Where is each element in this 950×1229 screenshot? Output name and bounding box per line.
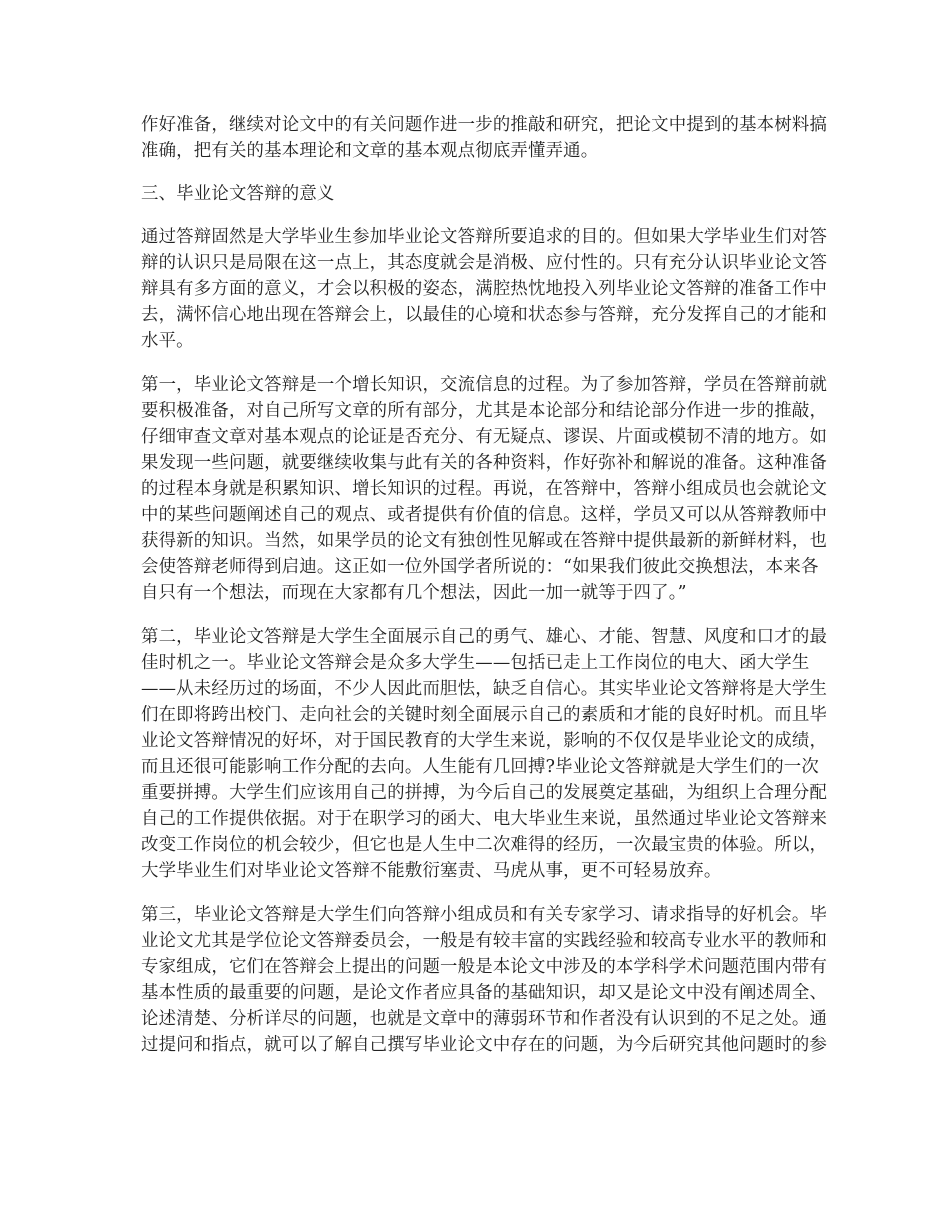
text-line: 作好准备，继续对论文中的有关问题作进一步的推敲和研究，把论文中提到的基本树料搞	[141, 112, 807, 138]
heading-text: 三、毕业论文答辩的意义	[141, 181, 807, 207]
text-line: 通过答辩固然是大学毕业生参加毕业论文答辩所要追求的目的。但如果大学毕业生们对答	[141, 224, 807, 250]
text-line: 重要拼搏。大学生们应该用自己的拼搏，为今后自己的发展奠定基础，为组织上合理分配	[141, 780, 807, 806]
text-line: 第三，毕业论文答辩是大学生们向答辩小组成员和有关专家学习、请求指导的好机会。毕	[141, 902, 807, 928]
text-line: 论述清楚、分析详尽的问题，也就是文章中的薄弱环节和作者没有认识到的不足之处。通	[141, 1006, 807, 1032]
text-line: 大学毕业生们对毕业论文答辩不能敷衍塞责、马虎从事，更不可轻易放弃。	[141, 858, 807, 884]
text-line: 自只有一个想法，而现在大家都有几个想法，因此一加一就等于四了。”	[141, 580, 807, 606]
text-line: ——从未经历过的场面，不少人因此而胆怯，缺乏自信心。其实毕业论文答辩将是大学生	[141, 676, 807, 702]
text-line: 改变工作岗位的机会较少，但它也是人生中二次难得的经历，一次最宝贵的体验。所以，	[141, 832, 807, 858]
text-line: 过提问和指点，就可以了解自己撰写毕业论文中存在的问题，为今后研究其他问题时的参	[141, 1032, 807, 1058]
text-line: 而且还很可能影响工作分配的去向。人生能有几回搏?毕业论文答辩就是大学生们的一次	[141, 754, 807, 780]
text-line: 去，满怀信心地出现在答辩会上，以最佳的心境和状态参与答辩，充分发挥自己的才能和	[141, 302, 807, 328]
text-line: 水平。	[141, 328, 807, 354]
text-line: 业论文尤其是学位论文答辩委员会，一般是有较丰富的实践经验和较高专业水平的教师和	[141, 928, 807, 954]
text-line: 要积极准备，对自己所写文章的所有部分，尤其是本论部分和结论部分作进一步的推敲，	[141, 398, 807, 424]
text-line: 业论文答辩情况的好坏，对于国民教育的大学生来说，影响的不仅仅是毕业论文的成绩，	[141, 728, 807, 754]
text-line: 获得新的知识。当然，如果学员的论文有独创性见解或在答辩中提供最新的新鲜材料，也	[141, 528, 807, 554]
text-line: 专家组成，它们在答辩会上提出的问题一般是本论文中涉及的本学科学术问题范围内带有	[141, 954, 807, 980]
text-line: 会使答辩老师得到启迪。这正如一位外国学者所说的：“如果我们彼此交换想法，本来各	[141, 554, 807, 580]
text-line: 第二，毕业论文答辩是大学生全面展示自己的勇气、雄心、才能、智慧、风度和口才的最	[141, 624, 807, 650]
paragraph-intro: 通过答辩固然是大学毕业生参加毕业论文答辩所要追求的目的。但如果大学毕业生们对答 …	[141, 224, 807, 354]
text-line: 们在即将跨出校门、走向社会的关键时刻全面展示自己的素质和才能的良好时机。而且毕	[141, 702, 807, 728]
paragraph-continuation: 作好准备，继续对论文中的有关问题作进一步的推敲和研究，把论文中提到的基本树料搞 …	[141, 112, 807, 164]
text-line: 佳时机之一。毕业论文答辩会是众多大学生——包括已走上工作岗位的电大、函大学生	[141, 650, 807, 676]
text-line: 辩具有多方面的意义，才会以积极的姿态，满腔热忱地投入列毕业论文答辩的准备工作中	[141, 276, 807, 302]
section-heading: 三、毕业论文答辩的意义	[141, 181, 807, 207]
text-line: 的过程本身就是积累知识、增长知识的过程。再说，在答辩中，答辩小组成员也会就论文	[141, 476, 807, 502]
text-line: 第一，毕业论文答辩是一个增长知识，交流信息的过程。为了参加答辩，学员在答辩前就	[141, 372, 807, 398]
text-line: 自己的工作提供依据。对于在职学习的函大、电大毕业生来说，虽然通过毕业论文答辩来	[141, 806, 807, 832]
text-line: 准确，把有关的基本理论和文章的基本观点彻底弄懂弄通。	[141, 138, 807, 164]
paragraph-second-point: 第二，毕业论文答辩是大学生全面展示自己的勇气、雄心、才能、智慧、风度和口才的最 …	[141, 624, 807, 884]
paragraph-first-point: 第一，毕业论文答辩是一个增长知识，交流信息的过程。为了参加答辩，学员在答辩前就 …	[141, 372, 807, 606]
text-line: 辩的认识只是局限在这一点上，其态度就会是消极、应付性的。只有充分认识毕业论文答	[141, 250, 807, 276]
text-line: 基本性质的最重要的问题，是论文作者应具备的基础知识，却又是论文中没有阐述周全、	[141, 980, 807, 1006]
text-line: 仔细审查文章对基本观点的论证是否充分、有无疑点、谬误、片面或模韧不清的地方。如	[141, 424, 807, 450]
document-page: 作好准备，继续对论文中的有关问题作进一步的推敲和研究，把论文中提到的基本树料搞 …	[141, 112, 807, 1058]
paragraph-third-point: 第三，毕业论文答辩是大学生们向答辩小组成员和有关专家学习、请求指导的好机会。毕 …	[141, 902, 807, 1058]
text-line: 中的某些问题阐述自己的观点、或者提供有价值的信息。这样，学员又可以从答辩教师中	[141, 502, 807, 528]
text-line: 果发现一些问题，就要继续收集与此有关的各种资料，作好弥补和解说的准备。这种准备	[141, 450, 807, 476]
